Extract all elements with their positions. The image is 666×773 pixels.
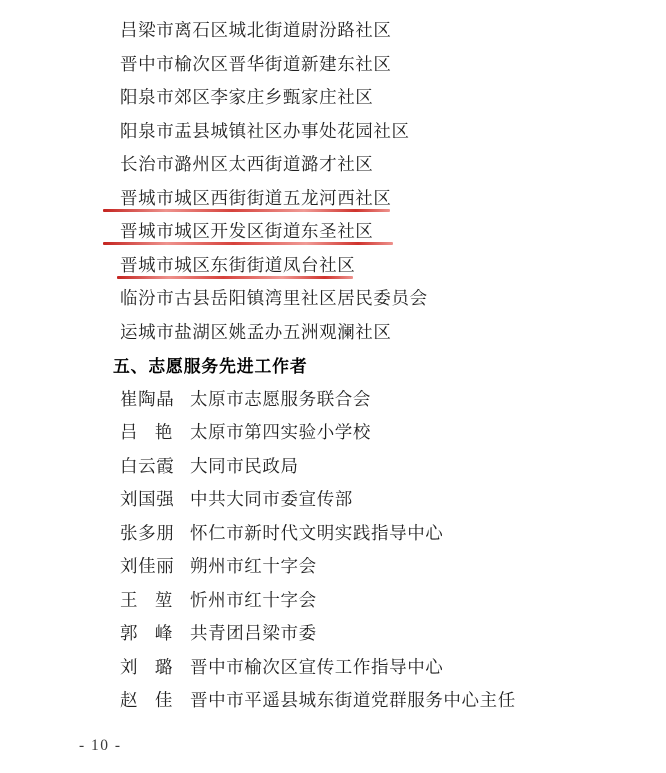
- worker-name-char: 郭: [120, 620, 138, 645]
- community-row: 临汾市古县岳阳镇湾里社区居民委员会: [0, 281, 666, 315]
- worker-row: 张多朋怀仁市新时代文明实践指导中心: [0, 516, 666, 550]
- worker-row: 白云霞大同市民政局: [0, 449, 666, 483]
- worker-name-char: 佳: [138, 553, 156, 578]
- red-underline-annotation: [103, 209, 390, 212]
- worker-name: 刘佳丽: [120, 553, 173, 578]
- worker-name-char: 崔: [120, 386, 138, 411]
- red-underline-annotation: [117, 276, 353, 279]
- worker-name: 刘国强: [120, 486, 173, 511]
- worker-organization: 晋中市平遥县城东街道党群服务中心主任: [190, 687, 516, 712]
- worker-row: 刘佳丽朔州市红十字会: [0, 549, 666, 583]
- worker-organization: 朔州市红十字会: [190, 553, 317, 578]
- community-name: 阳泉市郊区李家庄乡甄家庄社区: [120, 84, 373, 109]
- worker-name-char: 云: [138, 453, 156, 478]
- worker-name: 白云霞: [120, 453, 173, 478]
- worker-list: 崔陶晶太原市志愿服务联合会吕艳太原市第四实验小学校白云霞大同市民政局刘国强中共大…: [0, 382, 666, 717]
- community-name: 长治市潞州区太西街道潞才社区: [120, 151, 373, 176]
- community-row: 长治市潞州区太西街道潞才社区: [0, 147, 666, 181]
- worker-organization: 大同市民政局: [190, 453, 299, 478]
- community-name: 临汾市古县岳阳镇湾里社区居民委员会: [120, 285, 428, 310]
- worker-row: 郭峰共青团吕梁市委: [0, 616, 666, 650]
- document-body: 吕梁市离石区城北街道尉汾路社区晋中市榆次区晋华街道新建东社区阳泉市郊区李家庄乡甄…: [0, 0, 666, 717]
- community-row: 阳泉市盂县城镇社区办事处花园社区: [0, 114, 666, 148]
- worker-row: 吕艳太原市第四实验小学校: [0, 415, 666, 449]
- community-row: 晋中市榆次区晋华街道新建东社区: [0, 47, 666, 81]
- worker-row: 崔陶晶太原市志愿服务联合会: [0, 382, 666, 416]
- community-name: 晋中市榆次区晋华街道新建东社区: [120, 51, 392, 76]
- worker-name: 郭峰: [120, 620, 173, 645]
- worker-organization: 怀仁市新时代文明实践指导中心: [190, 520, 443, 545]
- worker-organization: 中共大同市委宣传部: [190, 486, 353, 511]
- worker-organization: 太原市志愿服务联合会: [190, 386, 371, 411]
- worker-name: 崔陶晶: [120, 386, 173, 411]
- worker-row: 刘璐晋中市榆次区宣传工作指导中心: [0, 650, 666, 684]
- community-row: 晋城市城区西街街道五龙河西社区: [0, 181, 666, 215]
- worker-name-char: 朋: [156, 520, 174, 545]
- worker-organization: 忻州市红十字会: [190, 587, 317, 612]
- worker-name-char: 白: [120, 453, 138, 478]
- worker-name: 赵佳: [120, 687, 173, 712]
- community-name: 阳泉市盂县城镇社区办事处花园社区: [120, 118, 410, 143]
- worker-name-char: 强: [156, 486, 174, 511]
- section-heading: 五、志愿服务先进工作者: [0, 348, 666, 382]
- community-name: 晋城市城区开发区街道东圣社区: [120, 218, 373, 243]
- red-underline-annotation: [103, 242, 393, 245]
- worker-name-char: 丽: [156, 553, 174, 578]
- worker-row: 刘国强中共大同市委宣传部: [0, 482, 666, 516]
- worker-name-char: 刘: [120, 486, 138, 511]
- worker-name-char: 赵: [120, 687, 138, 712]
- community-row: 吕梁市离石区城北街道尉汾路社区: [0, 13, 666, 47]
- worker-name-char: 璐: [155, 654, 173, 679]
- worker-row: 王堃忻州市红十字会: [0, 583, 666, 617]
- worker-organization: 共青团吕梁市委: [190, 620, 317, 645]
- page-number: - 10 -: [79, 737, 122, 755]
- worker-name-char: 陶: [138, 386, 156, 411]
- worker-name-char: 晶: [156, 386, 174, 411]
- worker-name-char: 峰: [155, 620, 173, 645]
- worker-name-char: 张: [120, 520, 138, 545]
- document-page: 吕梁市离石区城北街道尉汾路社区晋中市榆次区晋华街道新建东社区阳泉市郊区李家庄乡甄…: [0, 0, 666, 773]
- worker-name-char: 吕: [120, 419, 138, 444]
- worker-name-char: 刘: [120, 654, 138, 679]
- community-list: 吕梁市离石区城北街道尉汾路社区晋中市榆次区晋华街道新建东社区阳泉市郊区李家庄乡甄…: [0, 13, 666, 348]
- community-name: 晋城市城区东街街道凤台社区: [120, 252, 355, 277]
- community-row: 阳泉市郊区李家庄乡甄家庄社区: [0, 80, 666, 114]
- community-name: 吕梁市离石区城北街道尉汾路社区: [120, 17, 392, 42]
- worker-organization: 太原市第四实验小学校: [190, 419, 371, 444]
- worker-name: 吕艳: [120, 419, 173, 444]
- worker-name: 王堃: [120, 587, 173, 612]
- worker-organization: 晋中市榆次区宣传工作指导中心: [190, 654, 443, 679]
- community-row: 晋城市城区东街街道凤台社区: [0, 248, 666, 282]
- community-name: 晋城市城区西街街道五龙河西社区: [120, 185, 392, 210]
- worker-row: 赵佳晋中市平遥县城东街道党群服务中心主任: [0, 683, 666, 717]
- worker-name-char: 艳: [155, 419, 173, 444]
- worker-name: 张多朋: [120, 520, 173, 545]
- community-row: 运城市盐湖区姚孟办五洲观澜社区: [0, 315, 666, 349]
- worker-name-char: 霞: [156, 453, 174, 478]
- worker-name-char: 刘: [120, 553, 138, 578]
- community-name: 运城市盐湖区姚孟办五洲观澜社区: [120, 319, 392, 344]
- worker-name-char: 佳: [155, 687, 173, 712]
- worker-name-char: 王: [120, 587, 138, 612]
- worker-name-char: 堃: [155, 587, 173, 612]
- worker-name-char: 多: [138, 520, 156, 545]
- community-row: 晋城市城区开发区街道东圣社区: [0, 214, 666, 248]
- worker-name: 刘璐: [120, 654, 173, 679]
- worker-name-char: 国: [138, 486, 156, 511]
